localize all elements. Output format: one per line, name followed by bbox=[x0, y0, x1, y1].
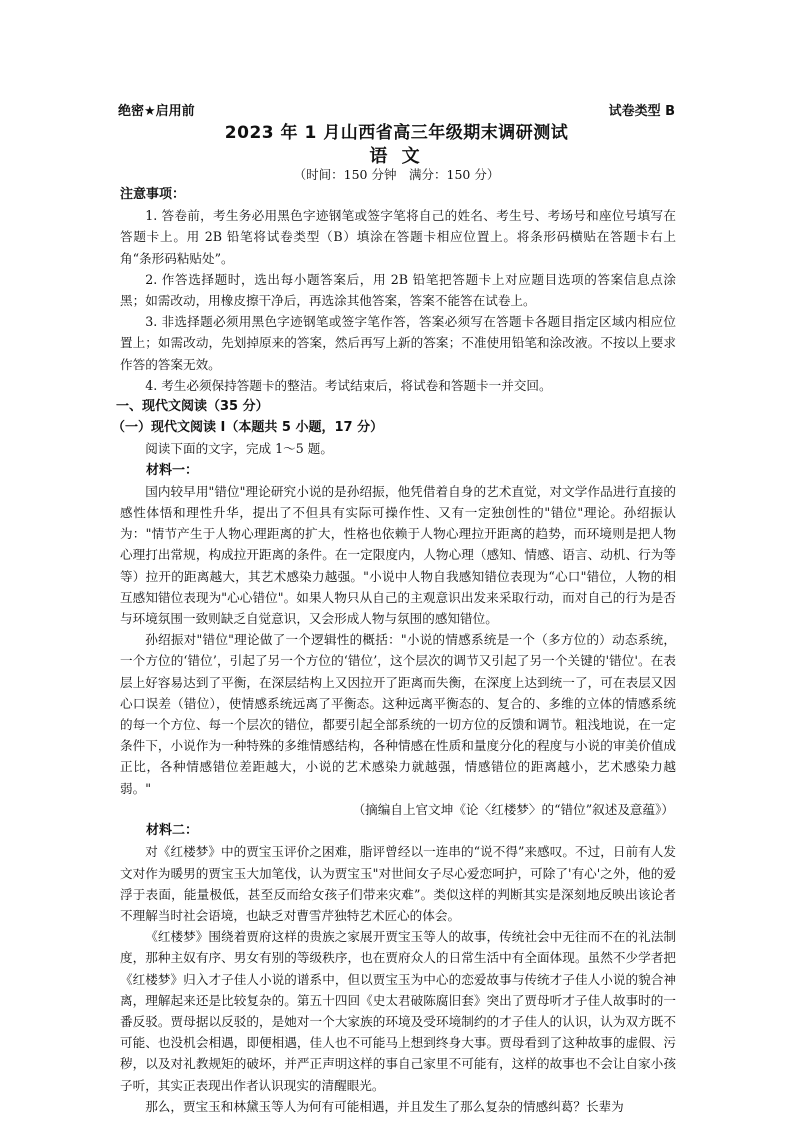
reading-instruction: 阅读下面的文字，完成 1～5 题。 bbox=[120, 438, 676, 459]
material-label: 材料一： bbox=[120, 460, 676, 481]
notice-item: 3. 非选择题必须用黑色字迹钢笔或签字笔作答，答案必须写在答题卡各题目指定区域内… bbox=[120, 311, 676, 375]
material-paragraph: 国内较早用"错位"理论研究小说的是孙绍振，他凭借着自身的艺术直觉，对文学作品进行… bbox=[120, 481, 676, 629]
material-attribution: （摘编自上官文坤《论〈红楼梦〉的“错位”叙述及意蕴》） bbox=[120, 799, 676, 820]
notice-item: 1. 答卷前，考生务必用黑色字迹钢笔或签字笔将自己的姓名、考生号、考场号和座位号… bbox=[120, 205, 676, 269]
notice-item: 4. 考生必须保持答题卡的整洁。考试结束后，将试卷和答题卡一并交回。 bbox=[120, 375, 676, 396]
section-heading: 一、现代文阅读（35 分） bbox=[116, 396, 676, 417]
secret-label: 绝密★启用前 bbox=[118, 100, 195, 119]
exam-content: 注意事项： 1. 答卷前，考生务必用黑色字迹钢笔或签字笔将自己的姓名、考生号、考… bbox=[120, 184, 676, 1117]
material-paragraph: 那么，贾宝玉和林黛玉等人为何有可能相遇，并且发生了那么复杂的情感纠葛？长辈为 bbox=[120, 1096, 676, 1117]
time-info: （时间：150 分钟 满分：150 分） bbox=[0, 165, 793, 183]
subsection-heading: （一）现代文阅读 I（本题共 5 小题，17 分） bbox=[112, 417, 676, 438]
notice-heading: 注意事项： bbox=[120, 184, 676, 205]
exam-page: 绝密★启用前 试卷类型 B 2023 年 1 月山西省高三年级期末调研测试 语 … bbox=[0, 0, 793, 1122]
paper-type-label: 试卷类型 B bbox=[609, 100, 675, 119]
material-paragraph: 对《红楼梦》中的贾宝玉评价之困难，脂评曾经以一连串的“说不得”来感叹。不过，日前… bbox=[120, 841, 676, 926]
exam-title: 2023 年 1 月山西省高三年级期末调研测试 bbox=[0, 118, 793, 143]
material-paragraph: 《红楼梦》围绕着贾府这样的贵族之家展开贾宝玉等人的故事，传统社会中无往而不在的礼… bbox=[120, 926, 676, 1096]
notice-item: 2. 作答选择题时，选出每小题答案后，用 2B 铅笔把答题卡上对应题目选项的答案… bbox=[120, 269, 676, 311]
material-label: 材料二： bbox=[120, 820, 676, 841]
material-paragraph: 孙绍振对"错位"理论做了一个逻辑性的概括："小说的情感系统是一个（多方位的）动态… bbox=[120, 629, 676, 799]
header-topline: 绝密★启用前 试卷类型 B bbox=[118, 100, 675, 120]
